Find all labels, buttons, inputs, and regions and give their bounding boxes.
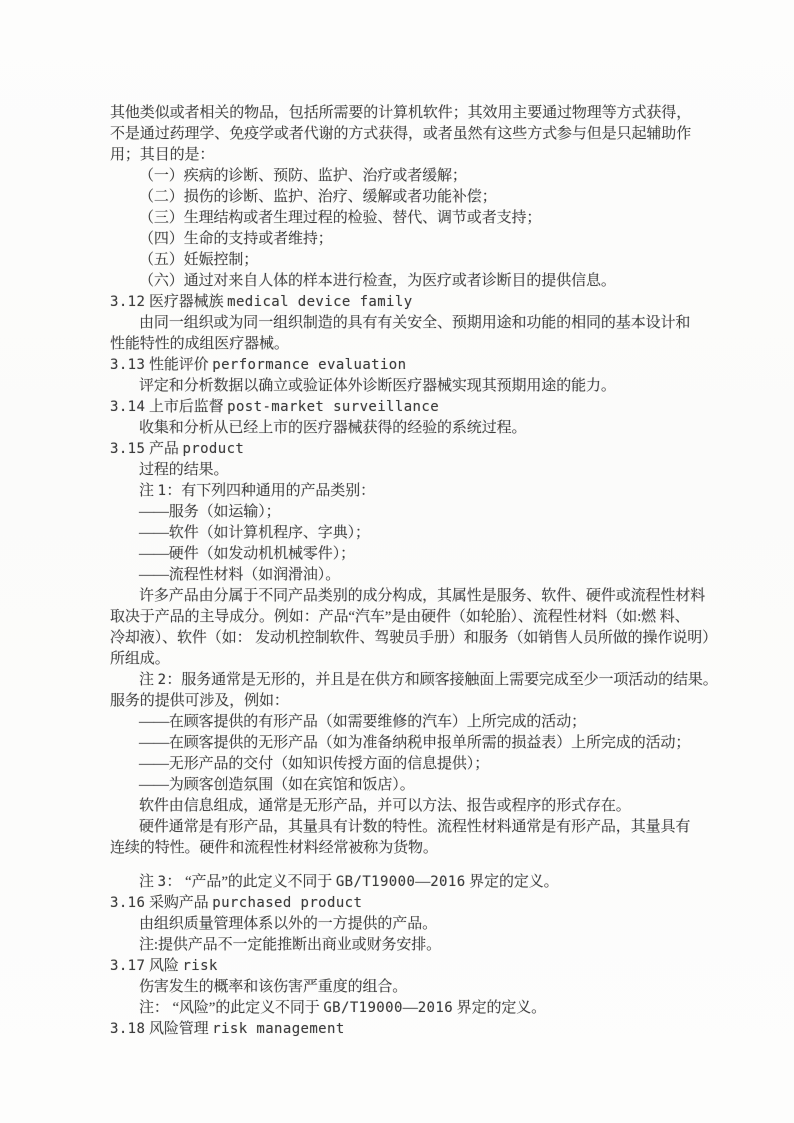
text-line: 注 3： “产品”的此定义不同于 GB/T19000—2016 界定的定义。: [110, 872, 686, 893]
text-line: 软件由信息组成，通常是无形产品，并可以方法、报告或程序的形式存在。: [110, 796, 686, 817]
text-line: 取决于产品的主导成分。例如：产品“汽车”是由硬件（如轮胎）、流程性材料（如:燃 …: [110, 607, 686, 628]
english-term: 3.15: [110, 441, 145, 457]
text-line: 其他类似或者相关的物品，包括所需要的计算机软件；其效用主要通过物理等方式获得，: [110, 103, 686, 124]
text-line: 注 2：服务通常是无形的，并且是在供方和顾客接触面上需要完成至少一项活动的结果。: [110, 670, 686, 691]
document-body: 其他类似或者相关的物品，包括所需要的计算机软件；其效用主要通过物理等方式获得，不…: [110, 103, 686, 1040]
section-heading: 3.16 采购产品 purchased product: [110, 893, 686, 914]
text-line: 所组成。: [110, 649, 686, 670]
text-line: 注:提供产品不一定能推断出商业或财务安排。: [110, 935, 686, 956]
blank-line: [110, 859, 686, 872]
section-heading: 3.17 风险 risk: [110, 956, 686, 977]
english-term: medical device family: [227, 294, 412, 310]
english-term: 3.13: [110, 357, 145, 373]
text-line: 伤害发生的概率和该伤害严重度的组合。: [110, 977, 686, 998]
text-line: ——软件（如计算机程序、字典）；: [110, 523, 686, 544]
text-line: 服务的提供可涉及，例如：: [110, 691, 686, 712]
text-line: ——在顾客提供的有形产品（如需要维修的汽车）上所完成的活动；: [110, 712, 686, 733]
section-heading: 3.18 风险管理 risk management: [110, 1019, 686, 1040]
text-line: 收集和分析从已经上市的医疗器械获得的经验的系统过程。: [110, 418, 686, 439]
english-term: GB/T19000: [336, 874, 415, 890]
english-term: 2016: [430, 874, 465, 890]
text-line: 过程的结果。: [110, 460, 686, 481]
english-term: 3.17: [110, 958, 145, 974]
text-line: ——无形产品的交付（如知识传授方面的信息提供）；: [110, 754, 686, 775]
text-line: 性能特性的成组医疗器械。: [110, 334, 686, 355]
text-line: （二）损伤的诊断、监护、治疗、缓解或者功能补偿；: [110, 187, 686, 208]
text-line: ——硬件（如发动机机械零件）；: [110, 544, 686, 565]
english-term: purchased product: [212, 895, 362, 911]
english-term: 3.18: [110, 1021, 145, 1037]
english-term: product: [182, 441, 244, 457]
text-line: 许多产品由分属于不同产品类别的成分构成，其属性是服务、软件、硬件或流程性材料: [110, 586, 686, 607]
english-term: 3: [158, 874, 167, 890]
english-term: risk management: [212, 1021, 344, 1037]
text-line: 注： “风险”的此定义不同于 GB/T19000—2016 界定的定义。: [110, 998, 686, 1019]
english-term: performance evaluation: [212, 357, 406, 373]
english-term: post-market surveillance: [227, 399, 439, 415]
english-term: risk: [182, 958, 217, 974]
text-line: （三）生理结构或者生理过程的检验、替代、调节或者支持；: [110, 208, 686, 229]
text-line: 不是通过药理学、免疫学或者代谢的方式获得，或者虽然有这些方式参与但是只起辅助作: [110, 124, 686, 145]
text-line: ——服务（如运输）；: [110, 502, 686, 523]
text-line: ——在顾客提供的无形产品（如为准备纳税申报单所需的损益表）上所完成的活动；: [110, 733, 686, 754]
text-line: 连续的特性。硬件和流程性材料经常被称为货物。: [110, 838, 686, 859]
text-line: 由组织质量管理体系以外的一方提供的产品。: [110, 914, 686, 935]
english-term: 3.14: [110, 399, 145, 415]
english-term: 2016: [418, 1000, 453, 1016]
section-heading: 3.12 医疗器械族 medical device family: [110, 292, 686, 313]
text-line: 评定和分析数据以确立或验证体外诊断医疗器械实现其预期用途的能力。: [110, 376, 686, 397]
english-term: 3.12: [110, 294, 145, 310]
text-line: ——流程性材料（如润滑油）。: [110, 565, 686, 586]
text-line: ——为顾客创造氛围（如在宾馆和饭店）。: [110, 775, 686, 796]
text-line: 注 1：有下列四种通用的产品类别：: [110, 481, 686, 502]
text-line: （六）通过对来自人体的样本进行检查，为医疗或者诊断目的提供信息。: [110, 271, 686, 292]
text-line: 硬件通常是有形产品，其量具有计数的特性。流程性材料通常是有形产品，其量具有: [110, 817, 686, 838]
section-heading: 3.13 性能评价 performance evaluation: [110, 355, 686, 376]
text-line: 用；其目的是：: [110, 145, 686, 166]
text-line: （五）妊娠控制；: [110, 250, 686, 271]
section-heading: 3.15 产品 product: [110, 439, 686, 460]
english-term: 3.16: [110, 895, 145, 911]
text-line: 由同一组织或为同一组织制造的具有有关安全、预期用途和功能的相同的基本设计和: [110, 313, 686, 334]
document-page: 其他类似或者相关的物品，包括所需要的计算机软件；其效用主要通过物理等方式获得，不…: [0, 0, 794, 1123]
section-heading: 3.14 上市后监督 post-market surveillance: [110, 397, 686, 418]
english-term: 1: [158, 483, 167, 499]
text-line: （一）疾病的诊断、预防、监护、治疗或者缓解；: [110, 166, 686, 187]
english-term: GB/T19000: [323, 1000, 402, 1016]
english-term: 2: [158, 672, 167, 688]
text-line: （四）生命的支持或者维持；: [110, 229, 686, 250]
text-line: 冷却液）、软件（如： 发动机控制软件、驾驶员手册）和服务（如销售人员所做的操作说…: [110, 628, 686, 649]
